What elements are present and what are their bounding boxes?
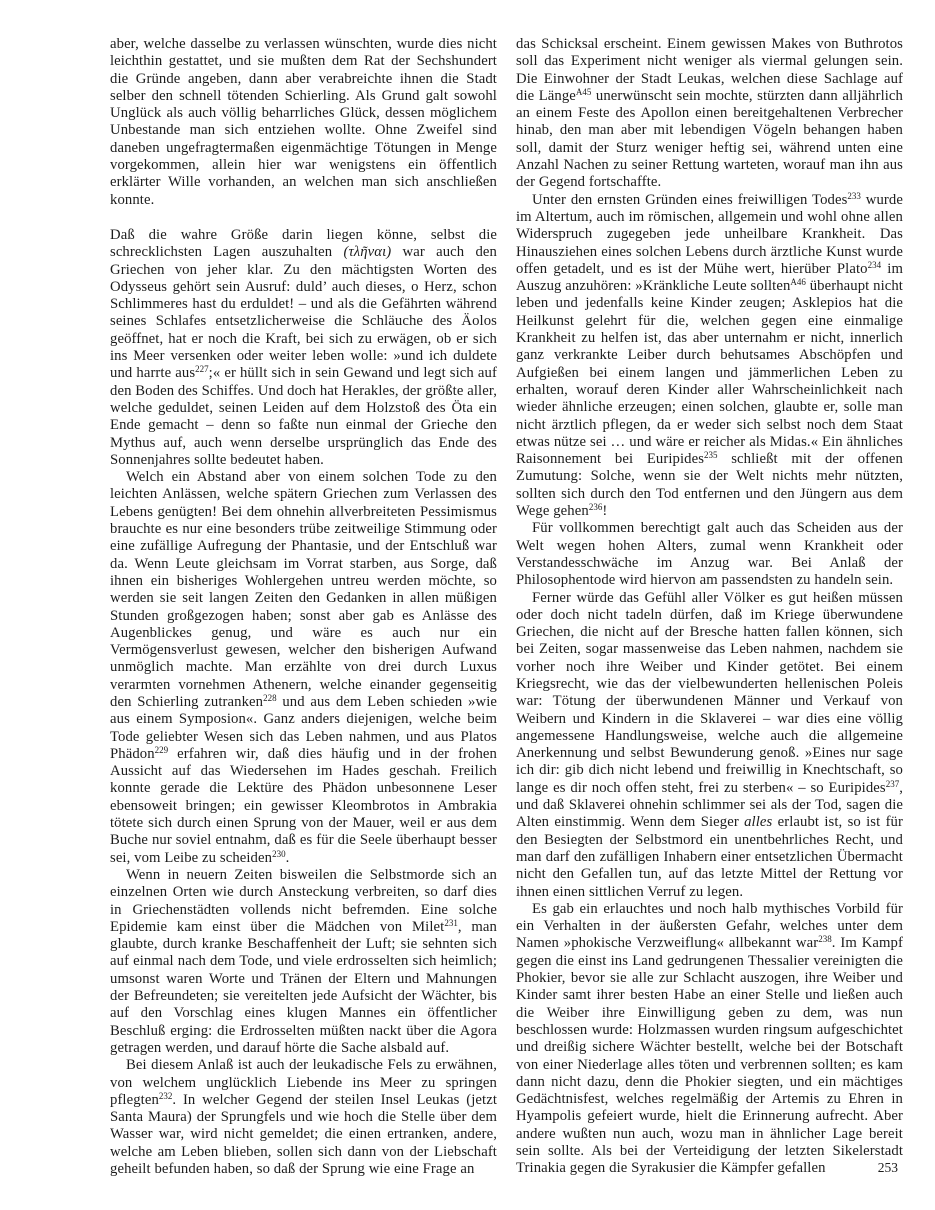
footnote-reference: 227 [195,364,209,374]
paragraph: das Schicksal erscheint. Einem gewissen … [516,36,903,192]
paragraph: Ferner würde das Gefühl aller Völker es … [516,590,903,901]
paragraph: Unter den ernsten Gründen eines freiwill… [516,192,903,521]
footnote-reference: 235 [704,450,718,460]
book-page: aber, welche dasselbe zu verlassen wünsc… [0,0,935,1210]
footnote-reference: 231 [444,918,458,928]
footnote-reference: 238 [818,934,832,944]
footnote-reference: 236 [589,502,603,512]
footnote-reference: A46 [790,277,806,287]
paragraph: Daß die wahre Größe darin liegen könne, … [110,227,497,469]
paragraph: Für vollkommen berechtigt galt auch das … [516,520,903,589]
footnote-reference: 229 [155,745,169,755]
footnote-reference: 230 [272,849,286,859]
footnote-reference: 228 [263,693,277,703]
footnote-reference: 232 [159,1091,173,1101]
footnote-reference: 234 [868,260,882,270]
paragraph: Bei diesem Anlaß ist auch der leukadisch… [110,1057,497,1178]
footnote-reference: A45 [576,87,592,97]
paragraph: Wenn in neuern Zeiten bisweilen die Selb… [110,867,497,1057]
footnote-reference: 237 [886,779,900,789]
paragraph: Welch ein Abstand aber von einem solchen… [110,469,497,867]
footnote-reference: 233 [847,191,861,201]
text-column-left: aber, welche dasselbe zu verlassen wünsc… [110,36,497,1178]
page-number: 253 [516,1160,898,1176]
paragraph: Es gab ein erlauchtes und noch halb myth… [516,901,903,1178]
paragraph: aber, welche dasselbe zu verlassen wünsc… [110,36,497,209]
text-column-right: das Schicksal erscheint. Einem gewissen … [516,36,903,1178]
